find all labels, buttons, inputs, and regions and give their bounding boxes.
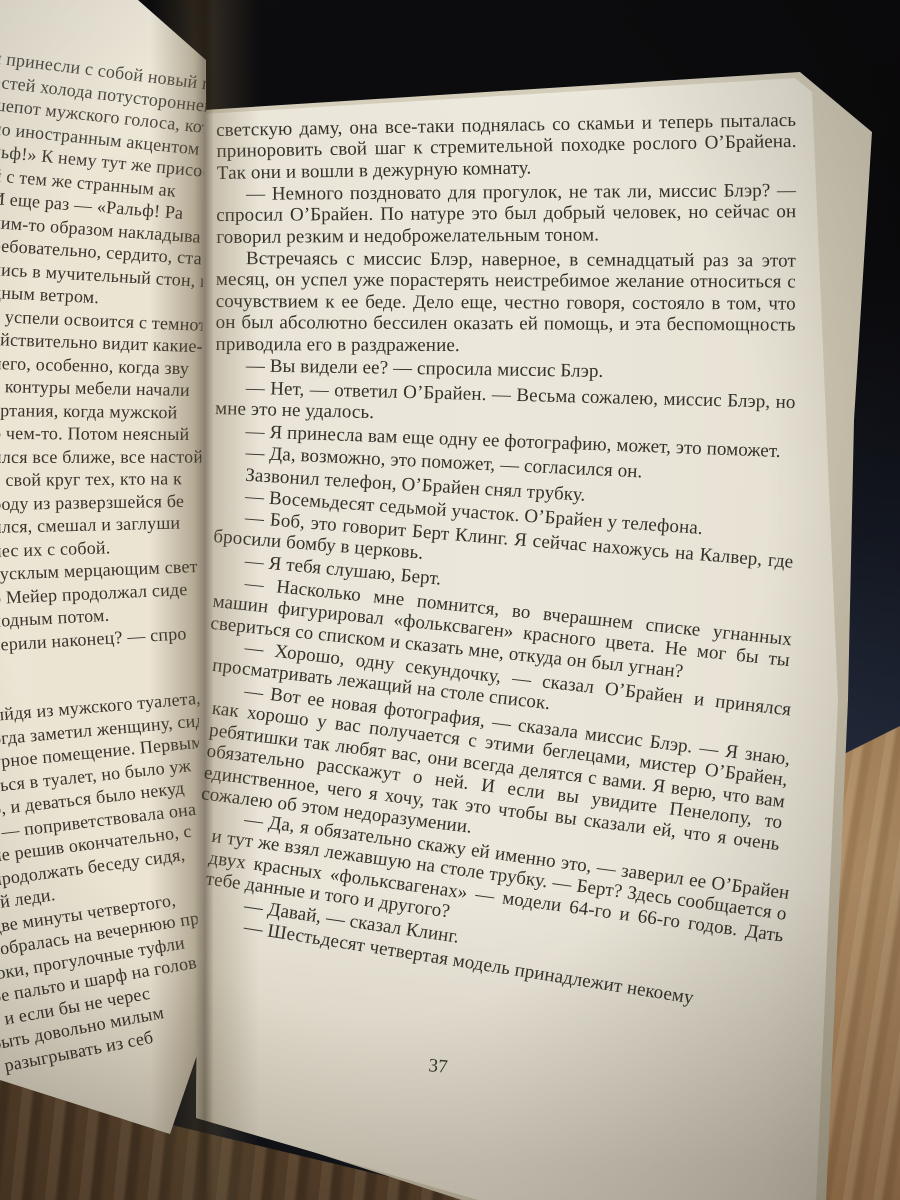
left-page-line: льф!» К нему тут же присое (0, 140, 232, 186)
left-page-line: огда заметил женщину, сид (0, 706, 232, 751)
left-page-line: И еще раз — «Ральф! Ра (0, 187, 232, 229)
left-page-line: дным ветром. (0, 281, 232, 316)
left-page-line: лись в мучительный стон, к (0, 258, 232, 295)
left-page-line: т и если бы не черес (0, 967, 230, 1032)
left-page-line: ое пальто и шарф на голов (0, 946, 231, 1010)
right-page-text: светскую даму, она все-таки поднялась со… (216, 120, 796, 933)
right-page-paragraph: — Немного поздновато для прогулок, не та… (216, 180, 796, 248)
left-page-line: лодным потом. (0, 597, 232, 633)
left-page-line: ействительно видит какие-то (0, 328, 232, 360)
left-page-line: собралась на вечернюю пр (0, 902, 231, 962)
left-page-line: ться в туалет, но было уж (0, 750, 232, 798)
left-page-line: ертания, когда мужской (0, 399, 232, 426)
left-page-line: ился все ближе, все настой (0, 445, 232, 469)
photo-background: и принесли с собой новый постей холода п… (0, 0, 900, 1200)
left-page-line: ребовательно, сердито, ста (0, 234, 232, 273)
right-page-paragraph: Встречаясь с миссис Блэр, наверное, в се… (216, 248, 796, 358)
left-page-line: в свой круг тех, кто на к (0, 467, 232, 493)
left-page-line: нес их с собой. (0, 532, 232, 563)
left-page-line: о, и деваться было некуд (0, 771, 232, 821)
left-page-line: ыйдя из мужского туалета, (0, 684, 232, 727)
left-page-line: но иностранным акцентом пр (0, 117, 232, 164)
left-page-line: две минуты четвертого, (0, 880, 231, 939)
left-page-line: юки, прогулочные туфли (0, 924, 231, 986)
left-page-line: быть довольно милым (0, 989, 230, 1056)
left-page-line: е разыгрывать из себ (0, 1011, 230, 1080)
left-page-line: него, особенно, когда зву (0, 352, 232, 382)
left-page-line: е успели освоится с темнотой (0, 305, 232, 339)
left-page-line: продолжать беседу сидя, (0, 837, 231, 892)
left-page-lines: и принесли с собой новый постей холода п… (0, 46, 232, 1080)
left-page-line: е контуры мебели начали (0, 375, 232, 403)
left-page-line: , — поприветствовала она (0, 793, 232, 845)
left-page-line: тусклым мерцающим свет (0, 554, 232, 587)
left-page-line (0, 663, 232, 704)
left-page-line: й с тем же странным ак (0, 164, 232, 208)
left-page-line: о Мейер продолжал сиде (0, 575, 232, 609)
left-page-line: ким-то образом накладыва (0, 211, 232, 251)
right-page-paragraph: светскую даму, она все-таки поднялась со… (216, 110, 797, 184)
left-page-line: шепот мужского голоса, кото (0, 93, 232, 142)
left-page-line: урное помещение. Первым (0, 728, 232, 775)
left-page-line: ился, смешал и заглуши (0, 510, 232, 539)
left-page-line: о чем-то. Потом неясный (0, 422, 232, 447)
left-page-line: ей леди. (0, 858, 231, 915)
left-page-line (0, 641, 232, 681)
left-page-line: верили наконец? — спро (0, 619, 232, 657)
left-page-line: остей холода потустороннего (0, 70, 232, 121)
left-page-line: боду из разверзшейся бе (0, 489, 232, 516)
page-number: 37 (407, 1053, 469, 1080)
left-page-line: и принесли с собой новый п (0, 46, 232, 99)
left-page-line: не решив окончательно, с (0, 815, 232, 869)
